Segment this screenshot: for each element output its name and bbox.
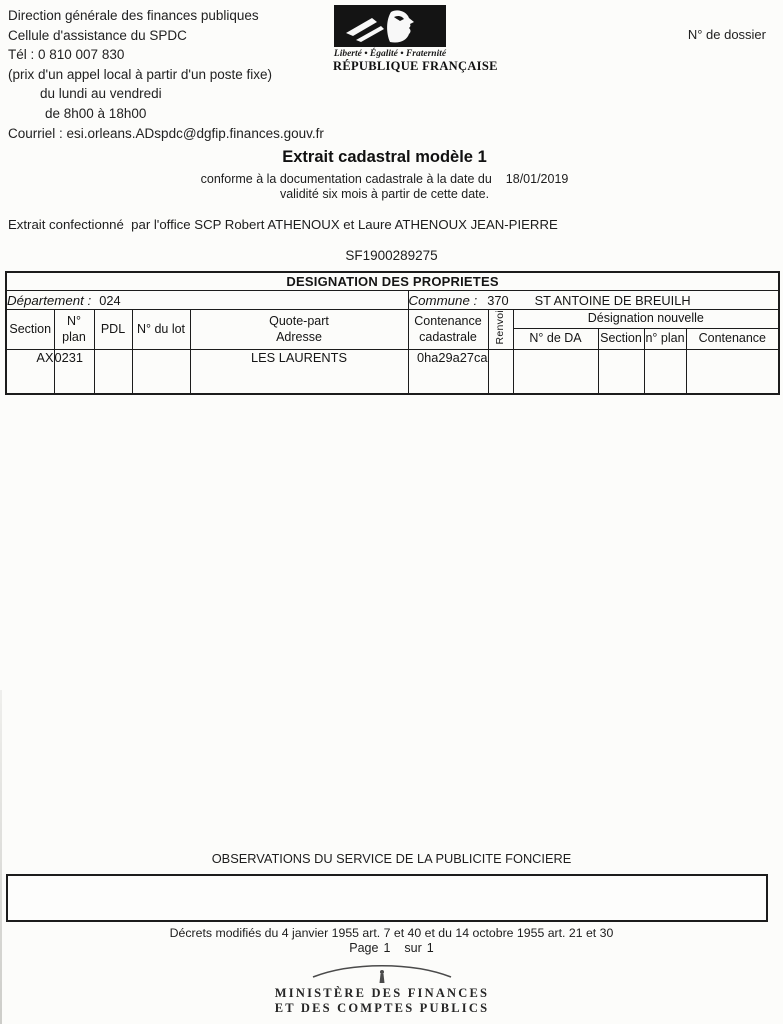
reference-number: SF1900289275: [0, 248, 783, 263]
commune-cell: Commune :370ST ANTOINE DE BREUILH: [408, 291, 779, 310]
header-quote-part-adresse: Quote-part Adresse: [190, 310, 408, 350]
header-contenance-cadastrale: Contenance cadastrale: [408, 310, 488, 350]
header-num-da: N° de DA: [513, 328, 598, 349]
commune-code: 370: [487, 293, 508, 308]
conformity-text: conforme à la documentation cadastrale à…: [201, 172, 492, 186]
header-renvoi: Renvoi: [488, 310, 513, 350]
document-title: Extrait cadastral modèle 1: [0, 148, 769, 167]
agency-address-block: Direction générale des finances publique…: [8, 6, 324, 143]
agency-line: (prix d'un appel local à partir d'un pos…: [8, 65, 324, 85]
agency-hours-line: du lundi au vendredi: [8, 84, 324, 104]
header-contenance-line1: Contenance: [409, 314, 488, 330]
header-section-new: Section: [598, 328, 644, 349]
header-adresse: Adresse: [191, 330, 408, 346]
header-contenance-line2: cadastrale: [409, 330, 488, 346]
header-contenance-new: Contenance: [686, 328, 779, 349]
observations-box: [6, 874, 768, 922]
dossier-number-label: N° de dossier: [688, 27, 766, 42]
agency-email-line: Courriel : esi.orleans.ADspdc@dgfip.fina…: [8, 124, 324, 144]
page-label: Page: [349, 941, 378, 955]
table-title: DESIGNATION DES PROPRIETES: [6, 272, 779, 291]
commune-label: Commune :: [409, 293, 478, 308]
header-quote-part: Quote-part: [191, 314, 408, 330]
cell-adresse: LES LAURENTS: [190, 350, 408, 395]
observations-title: OBSERVATIONS DU SERVICE DE LA PUBLICITE …: [0, 851, 783, 866]
validity-line: validité six mois à partir de cette date…: [0, 187, 769, 201]
agency-line: Cellule d'assistance du SPDC: [8, 26, 324, 46]
cell-section: AX: [6, 350, 54, 395]
header-num-plan-new: n° plan: [644, 328, 686, 349]
header-num-plan: N° plan: [54, 310, 94, 350]
decrees-line: Décrets modifiés du 4 janvier 1955 art. …: [0, 926, 783, 940]
page-total: 1: [427, 941, 434, 955]
ministry-name-line2: ET DES COMPTES PUBLICS: [0, 1001, 764, 1016]
header-num-lot: N° du lot: [132, 310, 190, 350]
cell-contenance-new: [686, 350, 779, 395]
ministry-arc-icon: [0, 957, 764, 985]
agency-line: Direction générale des finances publique…: [8, 6, 324, 26]
ministry-name: MINISTÈRE DES FINANCES ET DES COMPTES PU…: [0, 986, 764, 1016]
page-separator: sur: [404, 941, 421, 955]
cell-contenance-cadastrale: 0ha29a27ca: [408, 350, 488, 395]
cell-section-new: [598, 350, 644, 395]
commune-name: ST ANTOINE DE BREUILH: [535, 293, 691, 308]
republic-name: RÉPUBLIQUE FRANÇAISE: [333, 59, 447, 74]
ministry-logo: MINISTÈRE DES FINANCES ET DES COMPTES PU…: [0, 957, 764, 1016]
cell-pdl: [94, 350, 132, 395]
scanned-document-page: Direction générale des finances publique…: [0, 0, 783, 1024]
cell-renvoi: [488, 350, 513, 395]
scan-artifact: [0, 690, 2, 1024]
document-date: 18/01/2019: [506, 172, 569, 186]
page-current: 1: [383, 941, 390, 955]
extract-made-by-line: Extrait confectionné par l'office SCP Ro…: [8, 217, 558, 232]
page-info: Page1sur1: [0, 941, 783, 955]
header-section: Section: [6, 310, 54, 350]
republic-motto: Liberté • Égalité • Fraternité: [333, 49, 447, 59]
renvoi-vertical-label: Renvoi: [494, 310, 507, 344]
departement-label: Département :: [7, 293, 91, 308]
agency-phone-line: Tél : 0 810 007 830: [8, 45, 324, 65]
marianne-icon: [333, 5, 447, 47]
header-pdl: PDL: [94, 310, 132, 350]
header-designation-nouvelle: Désignation nouvelle: [513, 310, 779, 329]
cell-num-lot: [132, 350, 190, 395]
agency-hours-line: de 8h00 à 18h00: [8, 104, 324, 124]
cell-num-plan-new: [644, 350, 686, 395]
conformity-line: conforme à la documentation cadastrale à…: [0, 172, 769, 186]
title-block: Extrait cadastral modèle 1 conforme à la…: [0, 148, 769, 201]
departement-cell: Département :024: [6, 291, 408, 310]
departement-value: 024: [99, 293, 120, 308]
properties-table: DESIGNATION DES PROPRIETES Département :…: [5, 271, 780, 395]
cell-num-plan: 0231: [54, 350, 94, 395]
cell-num-da: [513, 350, 598, 395]
republic-logo: Liberté • Égalité • Fraternité RÉPUBLIQU…: [333, 5, 447, 74]
ministry-name-line1: MINISTÈRE DES FINANCES: [0, 986, 764, 1001]
